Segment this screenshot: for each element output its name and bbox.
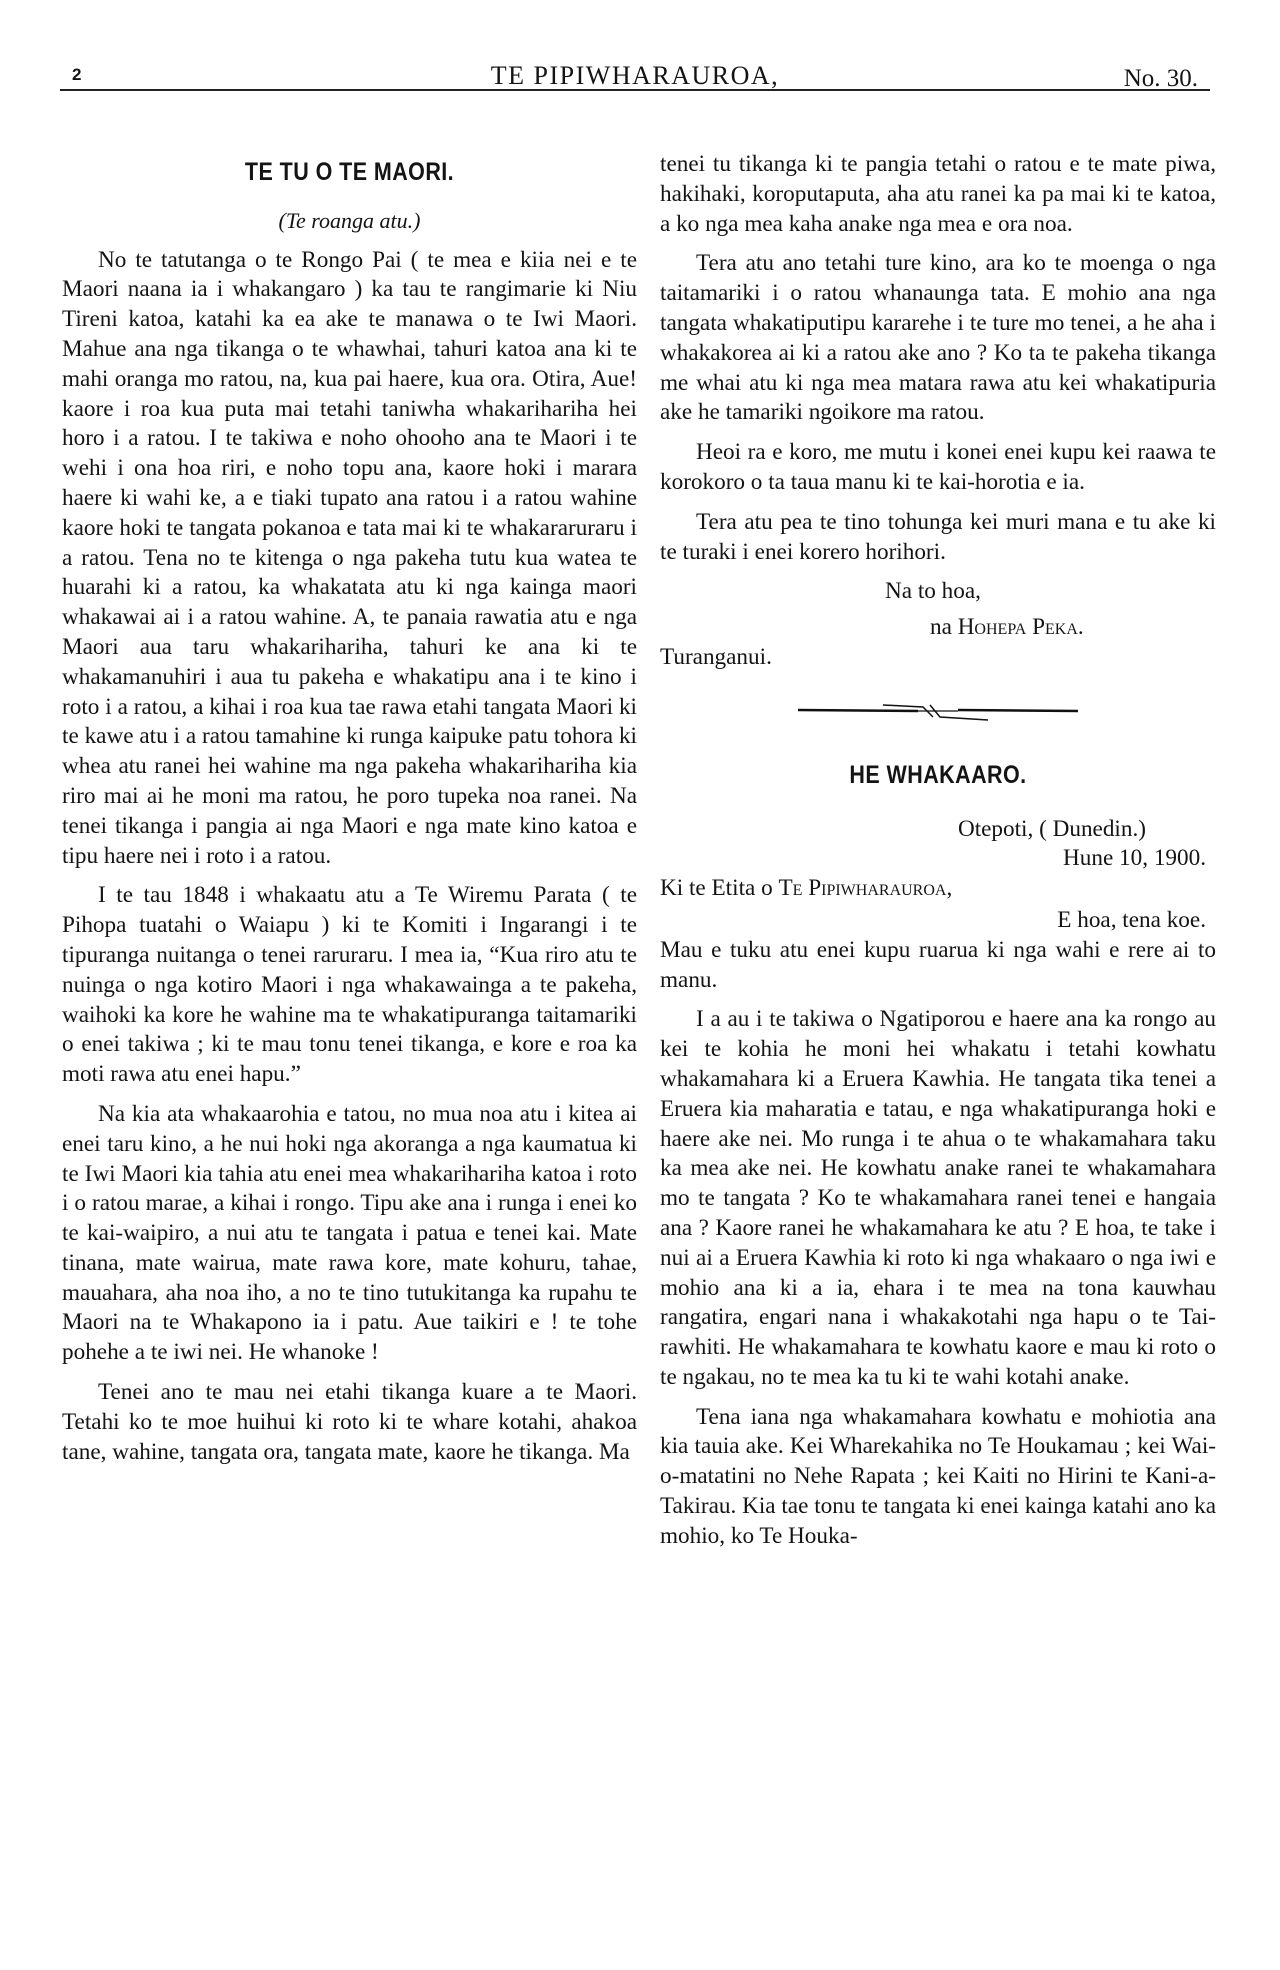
author-signature: na Hohepa Peka. <box>660 613 1216 643</box>
paragraph: Na kia ata whakaarohia e tatou, no mua n… <box>62 1100 637 1368</box>
author-prefix: na <box>930 614 952 640</box>
letter-greeting: E hoa, tena koe. <box>660 906 1216 936</box>
left-column: TE TU O TE MAORI. (Te roanga atu.) No te… <box>62 150 637 1477</box>
letter-date: Hune 10, 1900. <box>660 844 1216 874</box>
place-name: Turanganui. <box>660 643 1216 673</box>
letter-location: Otepoti, ( Dunedin.) <box>660 815 1216 845</box>
paragraph: Heoi ra e koro, me mutu i konei enei kup… <box>660 438 1216 498</box>
article-title: TE TU O TE MAORI. <box>102 158 597 188</box>
right-column: tenei tu tikanga ki te pangia tetahi o r… <box>660 150 1216 1562</box>
paragraph: Tena iana nga whakamahara kowhatu e mohi… <box>660 1403 1216 1552</box>
paragraph: No te tatutanga o te Rongo Pai ( te mea … <box>62 246 637 872</box>
addressee-prefix: Ki te Etita o <box>660 875 773 901</box>
issue-number: No. 30. <box>1124 65 1198 93</box>
signoff: Na to hoa, <box>660 577 1216 607</box>
author-name: Hohepa Peka. <box>958 614 1084 640</box>
page-header: 2 TE PIPIWHARAUROA, No. 30. <box>60 55 1210 91</box>
article-subtitle: (Te roanga atu.) <box>62 206 637 236</box>
newspaper-name: Te Pipiwharauroa, <box>779 875 953 901</box>
paragraph: Tera atu pea te tino tohunga kei muri ma… <box>660 508 1216 568</box>
article-title: HE WHAKAARO. <box>699 761 1177 791</box>
divider-ornament-icon <box>788 695 1088 725</box>
letter-addressee: Ki te Etita o Te Pipiwharauroa, <box>660 874 1216 904</box>
paragraph: I te tau 1848 i whakaatu atu a Te Wiremu… <box>62 881 637 1090</box>
paragraph: Tenei ano te mau nei etahi tikanga kuare… <box>62 1378 637 1467</box>
newspaper-title: TE PIPIWHARAUROA, <box>60 61 1210 91</box>
paragraph: Mau e tuku atu enei kupu ruarua ki nga w… <box>660 936 1216 996</box>
paragraph-continuation: tenei tu tikanga ki te pangia tetahi o r… <box>660 150 1216 239</box>
paragraph: I a au i te takiwa o Ngatiporou e haere … <box>660 1005 1216 1392</box>
ornamental-divider <box>660 695 1216 725</box>
paragraph: Tera atu ano tetahi ture kino, ara ko te… <box>660 249 1216 428</box>
